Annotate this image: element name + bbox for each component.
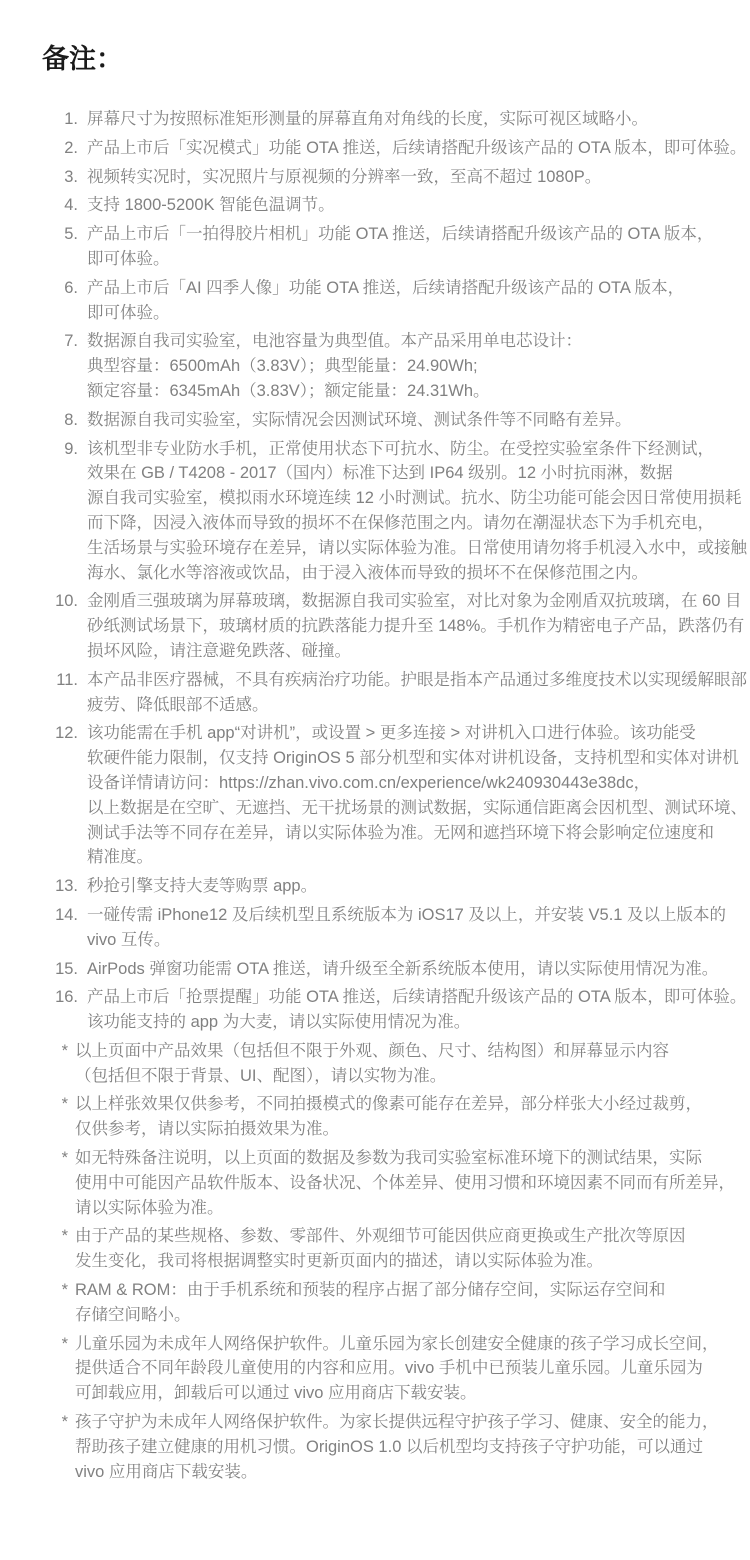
item-line: 以上数据是在空旷、无遮挡、无干扰场景的测试数据，实际通信距离会因机型、测试环境、 bbox=[87, 796, 734, 821]
item-line: 帮助孩子建立健康的用机习惯。OriginOS 1.0 以后机型均支持孩子守护功能… bbox=[75, 1435, 734, 1460]
item-line: 生活场景与实验环境存在差异，请以实际体验为准。日常使用请勿将手机浸入水中，或接触 bbox=[87, 536, 734, 561]
list-item: 10. 金刚盾三强玻璃为屏幕玻璃，数据源自我司实验室，对比对象为金刚盾双抗玻璃，… bbox=[48, 589, 734, 663]
item-marker: * bbox=[48, 1278, 68, 1303]
item-line: 以上页面中产品效果（包括但不限于外观、颜色、尺寸、结构图）和屏幕显示内容 bbox=[75, 1039, 734, 1064]
item-text: 由于产品的某些规格、参数、零部件、外观细节可能因供应商更换或生产批次等原因发生变… bbox=[75, 1224, 734, 1274]
item-text: 数据源自我司实验室，电池容量为典型值。本产品采用单电芯设计：典型容量：6500m… bbox=[87, 329, 734, 403]
item-line: 效果在 GB / T4208 - 2017（国内）标准下达到 IP64 级别。1… bbox=[87, 461, 734, 486]
item-marker: 12. bbox=[48, 721, 78, 746]
item-line: 儿童乐园为未成年人网络保护软件。儿童乐园为家长创建安全健康的孩子学习成长空间， bbox=[75, 1332, 734, 1357]
page-title: 备注： bbox=[42, 44, 750, 74]
item-line: 孩子守护为未成年人网络保护软件。为家长提供远程守护孩子学习、健康、安全的能力， bbox=[75, 1410, 734, 1435]
item-line: 支持 1800-5200K 智能色温调节。 bbox=[87, 193, 734, 218]
list-item: 9. 该机型非专业防水手机，正常使用状态下可抗水、防尘。在受控实验室条件下经测试… bbox=[48, 437, 734, 586]
item-text: 该功能需在手机 app“对讲机”，或设置 > 更多连接 > 对讲机入口进行体验。… bbox=[87, 721, 734, 870]
item-line: 存储空间略小。 bbox=[75, 1303, 734, 1328]
item-marker: 4. bbox=[48, 193, 78, 218]
item-marker: 6. bbox=[48, 276, 78, 301]
list-item: 6. 产品上市后「AI 四季人像」功能 OTA 推送，后续请搭配升级该产品的 O… bbox=[48, 276, 734, 326]
item-line: 精准度。 bbox=[87, 845, 734, 870]
item-text: 该机型非专业防水手机，正常使用状态下可抗水、防尘。在受控实验室条件下经测试，效果… bbox=[87, 437, 734, 586]
item-marker: 11. bbox=[48, 668, 78, 693]
item-line: 发生变化，我司将根据调整实时更新页面内的描述，请以实际体验为准。 bbox=[75, 1249, 734, 1274]
list-item: 4. 支持 1800-5200K 智能色温调节。 bbox=[48, 193, 734, 218]
list-item: 13. 秒抢引擎支持大麦等购票 app。 bbox=[48, 874, 734, 899]
item-line: 该功能需在手机 app“对讲机”，或设置 > 更多连接 > 对讲机入口进行体验。… bbox=[87, 721, 734, 746]
item-line: 疲劳、降低眼部不适感。 bbox=[87, 693, 734, 718]
item-line: 源自我司实验室，模拟雨水环境连续 12 小时测试。抗水、防尘功能可能会因日常使用… bbox=[87, 486, 734, 511]
item-text: 以上样张效果仅供参考，不同拍摄模式的像素可能存在差异，部分样张大小经过裁剪，仅供… bbox=[75, 1092, 734, 1142]
item-line: 如无特殊备注说明，以上页面的数据及参数为我司实验室标准环境下的测试结果，实际 bbox=[75, 1146, 734, 1171]
item-line: 海水、氯化水等溶液或饮品，由于浸入液体而导致的损坏不在保修范围之内。 bbox=[87, 561, 734, 586]
item-line: 产品上市后「抢票提醒」功能 OTA 推送，后续请搭配升级该产品的 OTA 版本，… bbox=[87, 985, 734, 1010]
item-marker: * bbox=[48, 1224, 68, 1249]
item-line: 而下降，因浸入液体而导致的损坏不在保修范围之内。请勿在潮湿状态下为手机充电， bbox=[87, 511, 734, 536]
item-marker: 1. bbox=[48, 107, 78, 132]
item-line: 金刚盾三强玻璃为屏幕玻璃，数据源自我司实验室，对比对象为金刚盾双抗玻璃，在 60… bbox=[87, 589, 734, 614]
item-marker: * bbox=[48, 1146, 68, 1171]
item-text: 数据源自我司实验室，实际情况会因测试环境、测试条件等不同略有差异。 bbox=[87, 408, 734, 433]
item-line: 可卸载应用，卸载后可以通过 vivo 应用商店下载安装。 bbox=[75, 1381, 734, 1406]
list-item: * 如无特殊备注说明，以上页面的数据及参数为我司实验室标准环境下的测试结果，实际… bbox=[48, 1146, 734, 1220]
item-text: 产品上市后「一拍得胶片相机」功能 OTA 推送，后续请搭配升级该产品的 OTA … bbox=[87, 222, 734, 272]
item-text: 儿童乐园为未成年人网络保护软件。儿童乐园为家长创建安全健康的孩子学习成长空间，提… bbox=[75, 1332, 734, 1406]
list-item: 7. 数据源自我司实验室，电池容量为典型值。本产品采用单电芯设计：典型容量：65… bbox=[48, 329, 734, 403]
item-line: 屏幕尺寸为按照标准矩形测量的屏幕直角对角线的长度，实际可视区域略小。 bbox=[87, 107, 734, 132]
item-text: 本产品非医疗器械，不具有疾病治疗功能。护眼是指本产品通过多维度技术以实现缓解眼部… bbox=[87, 668, 734, 718]
item-marker: 13. bbox=[48, 874, 78, 899]
item-marker: 14. bbox=[48, 903, 78, 928]
item-line: 设备详情请访问：https://zhan.vivo.com.cn/experie… bbox=[87, 771, 734, 796]
item-line: vivo 应用商店下载安装。 bbox=[75, 1460, 734, 1485]
item-line: 软硬件能力限制，仅支持 OriginOS 5 部分机型和实体对讲机设备，支持机型… bbox=[87, 746, 734, 771]
item-text: 屏幕尺寸为按照标准矩形测量的屏幕直角对角线的长度，实际可视区域略小。 bbox=[87, 107, 734, 132]
item-line: 视频转实况时，实况照片与原视频的分辨率一致，至高不超过 1080P。 bbox=[87, 165, 734, 190]
item-line: 由于产品的某些规格、参数、零部件、外观细节可能因供应商更换或生产批次等原因 bbox=[75, 1224, 734, 1249]
item-text: 孩子守护为未成年人网络保护软件。为家长提供远程守护孩子学习、健康、安全的能力，帮… bbox=[75, 1410, 734, 1484]
item-text: RAM & ROM：由于手机系统和预装的程序占据了部分储存空间，实际运存空间和存… bbox=[75, 1278, 734, 1328]
item-line: 请以实际体验为准。 bbox=[75, 1196, 734, 1221]
list-item: * 儿童乐园为未成年人网络保护软件。儿童乐园为家长创建安全健康的孩子学习成长空间… bbox=[48, 1332, 734, 1406]
item-line: 损坏风险，请注意避免跌落、碰撞。 bbox=[87, 639, 734, 664]
item-marker: 15. bbox=[48, 957, 78, 982]
notes-page: 备注： 1. 屏幕尺寸为按照标准矩形测量的屏幕直角对角线的长度，实际可视区域略小… bbox=[0, 44, 750, 1484]
item-line: （包括但不限于背景、UI、配图），请以实物为准。 bbox=[75, 1064, 734, 1089]
item-text: 金刚盾三强玻璃为屏幕玻璃，数据源自我司实验室，对比对象为金刚盾双抗玻璃，在 60… bbox=[87, 589, 734, 663]
notes-list: 1. 屏幕尺寸为按照标准矩形测量的屏幕直角对角线的长度，实际可视区域略小。 2.… bbox=[0, 107, 750, 1484]
item-line: 本产品非医疗器械，不具有疾病治疗功能。护眼是指本产品通过多维度技术以实现缓解眼部 bbox=[87, 668, 734, 693]
list-item: 1. 屏幕尺寸为按照标准矩形测量的屏幕直角对角线的长度，实际可视区域略小。 bbox=[48, 107, 734, 132]
item-line: 砂纸测试场景下，玻璃材质的抗跌落能力提升至 148%。手机作为精密电子产品，跌落… bbox=[87, 614, 734, 639]
item-line: 该机型非专业防水手机，正常使用状态下可抗水、防尘。在受控实验室条件下经测试， bbox=[87, 437, 734, 462]
item-text: 产品上市后「实况模式」功能 OTA 推送，后续请搭配升级该产品的 OTA 版本，… bbox=[87, 136, 734, 161]
list-item: * 由于产品的某些规格、参数、零部件、外观细节可能因供应商更换或生产批次等原因发… bbox=[48, 1224, 734, 1274]
list-item: 16. 产品上市后「抢票提醒」功能 OTA 推送，后续请搭配升级该产品的 OTA… bbox=[48, 985, 734, 1035]
item-line: 典型容量：6500mAh（3.83V）；典型能量：24.90Wh; bbox=[87, 354, 734, 379]
list-item: * 以上样张效果仅供参考，不同拍摄模式的像素可能存在差异，部分样张大小经过裁剪，… bbox=[48, 1092, 734, 1142]
item-marker: 10. bbox=[48, 589, 78, 614]
item-marker: 5. bbox=[48, 222, 78, 247]
list-item: 3. 视频转实况时，实况照片与原视频的分辨率一致，至高不超过 1080P。 bbox=[48, 165, 734, 190]
item-line: 产品上市后「AI 四季人像」功能 OTA 推送，后续请搭配升级该产品的 OTA … bbox=[87, 276, 734, 301]
item-line: 提供适合不同年龄段儿童使用的内容和应用。vivo 手机中已预装儿童乐园。儿童乐园… bbox=[75, 1356, 734, 1381]
item-text: 产品上市后「抢票提醒」功能 OTA 推送，后续请搭配升级该产品的 OTA 版本，… bbox=[87, 985, 734, 1035]
item-line: 使用中可能因产品软件版本、设备状况、个体差异、使用习惯和环境因素不同而有所差异， bbox=[75, 1171, 734, 1196]
list-item: 8. 数据源自我司实验室，实际情况会因测试环境、测试条件等不同略有差异。 bbox=[48, 408, 734, 433]
list-item: 14. 一碰传需 iPhone12 及后续机型且系统版本为 iOS17 及以上，… bbox=[48, 903, 734, 953]
list-item: * 孩子守护为未成年人网络保护软件。为家长提供远程守护孩子学习、健康、安全的能力… bbox=[48, 1410, 734, 1484]
item-marker: 3. bbox=[48, 165, 78, 190]
list-item: * 以上页面中产品效果（包括但不限于外观、颜色、尺寸、结构图）和屏幕显示内容（包… bbox=[48, 1039, 734, 1089]
item-marker: 2. bbox=[48, 136, 78, 161]
item-line: 仅供参考，请以实际拍摄效果为准。 bbox=[75, 1117, 734, 1142]
item-line: 即可体验。 bbox=[87, 247, 734, 272]
item-marker: * bbox=[48, 1039, 68, 1064]
item-marker: * bbox=[48, 1092, 68, 1117]
item-line: 额定容量：6345mAh（3.83V）；额定能量：24.31Wh。 bbox=[87, 379, 734, 404]
item-line: RAM & ROM：由于手机系统和预装的程序占据了部分储存空间，实际运存空间和 bbox=[75, 1278, 734, 1303]
item-marker: 16. bbox=[48, 985, 78, 1010]
item-marker: 9. bbox=[48, 437, 78, 462]
list-item: 15. AirPods 弹窗功能需 OTA 推送，请升级至全新系统版本使用，请以… bbox=[48, 957, 734, 982]
item-line: 测试手法等不同存在差异，请以实际体验为准。无网和遮挡环境下将会影响定位速度和 bbox=[87, 821, 734, 846]
item-text: 产品上市后「AI 四季人像」功能 OTA 推送，后续请搭配升级该产品的 OTA … bbox=[87, 276, 734, 326]
item-text: AirPods 弹窗功能需 OTA 推送，请升级至全新系统版本使用，请以实际使用… bbox=[87, 957, 734, 982]
item-line: 以上样张效果仅供参考，不同拍摄模式的像素可能存在差异，部分样张大小经过裁剪， bbox=[75, 1092, 734, 1117]
item-marker: 8. bbox=[48, 408, 78, 433]
item-line: 即可体验。 bbox=[87, 301, 734, 326]
item-marker: * bbox=[48, 1332, 68, 1357]
item-text: 秒抢引擎支持大麦等购票 app。 bbox=[87, 874, 734, 899]
item-line: 产品上市后「一拍得胶片相机」功能 OTA 推送，后续请搭配升级该产品的 OTA … bbox=[87, 222, 734, 247]
item-text: 视频转实况时，实况照片与原视频的分辨率一致，至高不超过 1080P。 bbox=[87, 165, 734, 190]
item-text: 以上页面中产品效果（包括但不限于外观、颜色、尺寸、结构图）和屏幕显示内容（包括但… bbox=[75, 1039, 734, 1089]
list-item: 11. 本产品非医疗器械，不具有疾病治疗功能。护眼是指本产品通过多维度技术以实现… bbox=[48, 668, 734, 718]
list-item: 2. 产品上市后「实况模式」功能 OTA 推送，后续请搭配升级该产品的 OTA … bbox=[48, 136, 734, 161]
list-item: 5. 产品上市后「一拍得胶片相机」功能 OTA 推送，后续请搭配升级该产品的 O… bbox=[48, 222, 734, 272]
list-item: * RAM & ROM：由于手机系统和预装的程序占据了部分储存空间，实际运存空间… bbox=[48, 1278, 734, 1328]
item-line: vivo 互传。 bbox=[87, 928, 734, 953]
item-line: 秒抢引擎支持大麦等购票 app。 bbox=[87, 874, 734, 899]
item-line: 该功能支持的 app 为大麦，请以实际使用情况为准。 bbox=[87, 1010, 734, 1035]
item-text: 支持 1800-5200K 智能色温调节。 bbox=[87, 193, 734, 218]
item-line: 数据源自我司实验室，实际情况会因测试环境、测试条件等不同略有差异。 bbox=[87, 408, 734, 433]
item-line: AirPods 弹窗功能需 OTA 推送，请升级至全新系统版本使用，请以实际使用… bbox=[87, 957, 734, 982]
item-line: 数据源自我司实验室，电池容量为典型值。本产品采用单电芯设计： bbox=[87, 329, 734, 354]
item-marker: 7. bbox=[48, 329, 78, 354]
item-line: 产品上市后「实况模式」功能 OTA 推送，后续请搭配升级该产品的 OTA 版本，… bbox=[87, 136, 734, 161]
list-item: 12. 该功能需在手机 app“对讲机”，或设置 > 更多连接 > 对讲机入口进… bbox=[48, 721, 734, 870]
item-text: 一碰传需 iPhone12 及后续机型且系统版本为 iOS17 及以上，并安装 … bbox=[87, 903, 734, 953]
item-line: 一碰传需 iPhone12 及后续机型且系统版本为 iOS17 及以上，并安装 … bbox=[87, 903, 734, 928]
item-marker: * bbox=[48, 1410, 68, 1435]
item-text: 如无特殊备注说明，以上页面的数据及参数为我司实验室标准环境下的测试结果，实际使用… bbox=[75, 1146, 734, 1220]
